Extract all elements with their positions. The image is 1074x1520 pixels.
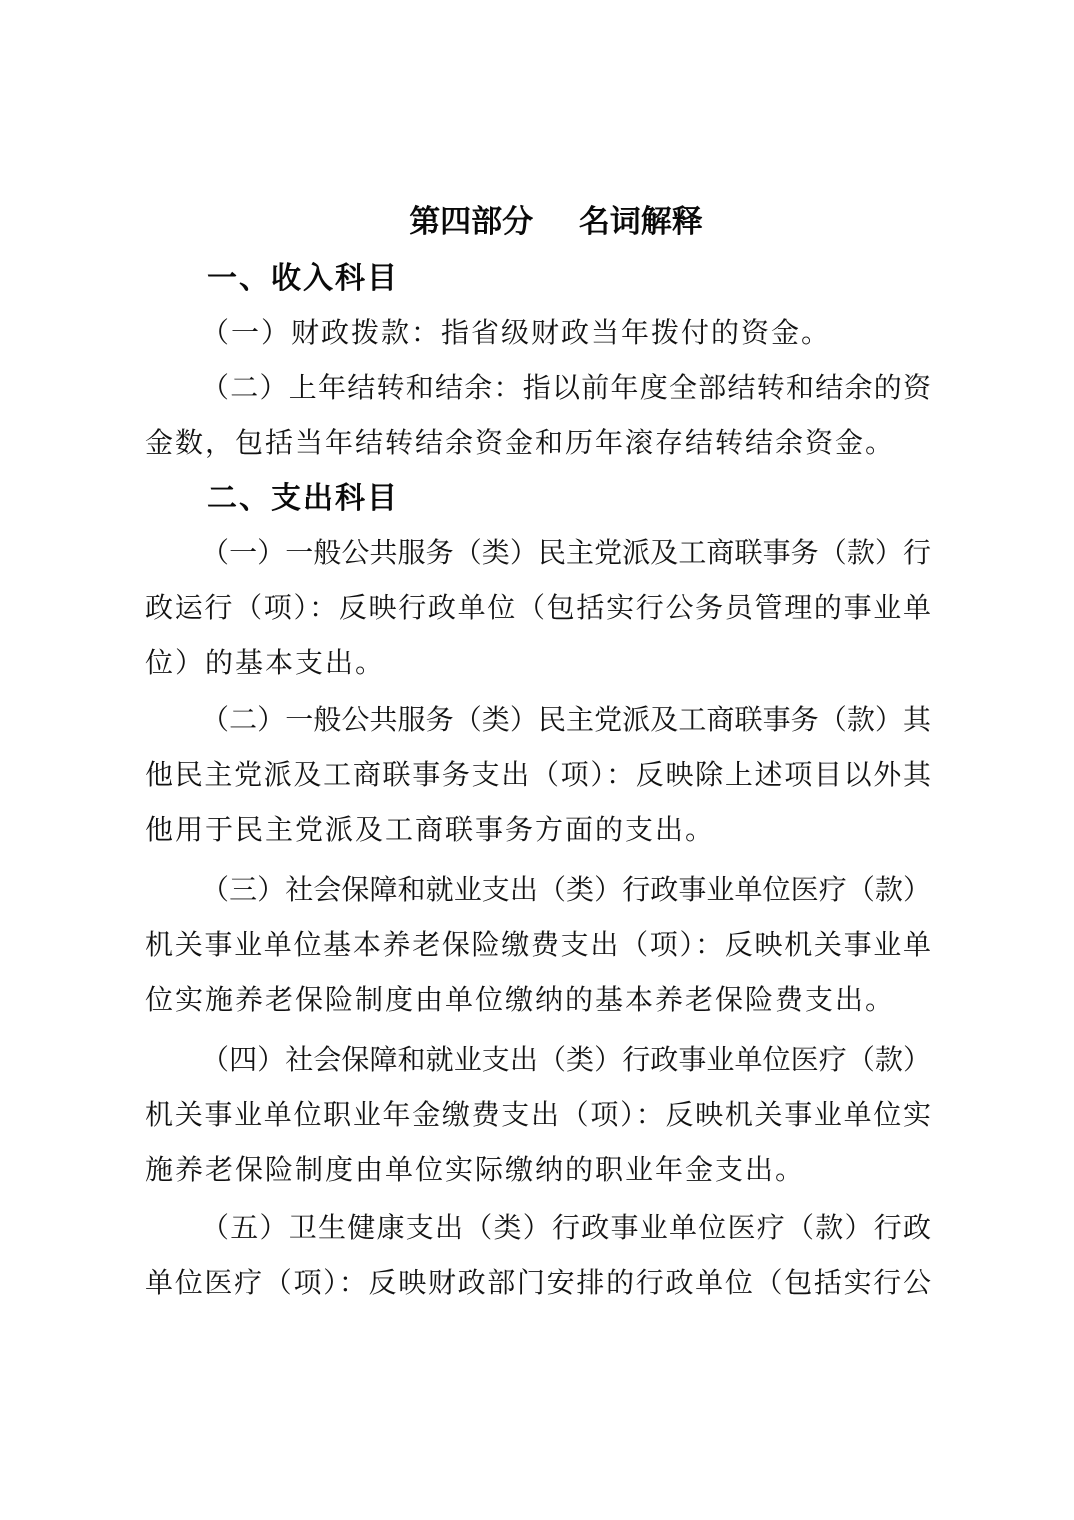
text-line: （三）社会保障和就业支出（类）行政事业单位医疗（款） [145, 863, 931, 918]
page-title: 第四部分 名词解释 [145, 200, 931, 244]
text-line: 施养老保险制度由单位实际缴纳的职业年金支出。 [145, 1143, 931, 1198]
text-line: （二）上年结转和结余：指以前年度全部结转和结余的资 [145, 361, 931, 416]
text-line: 他民主党派及工商联事务支出（项）：反映除上述项目以外其 [145, 748, 931, 803]
page-title-part-1: 第四部分 [409, 204, 533, 239]
text-line: （一）一般公共服务（类）民主党派及工商联事务（款）行 [145, 526, 931, 581]
text-line: 他用于民主党派及工商联事务方面的支出。 [145, 803, 931, 858]
paragraph-expenditure-3: （三）社会保障和就业支出（类）行政事业单位医疗（款） 机关事业单位基本养老保险缴… [145, 863, 931, 1028]
section-heading-expenditure: 二、支出科目 [145, 471, 931, 526]
paragraph-expenditure-4: （四）社会保障和就业支出（类）行政事业单位医疗（款） 机关事业单位职业年金缴费支… [145, 1033, 931, 1198]
paragraph-expenditure-1: （一）一般公共服务（类）民主党派及工商联事务（款）行 政运行（项）：反映行政单位… [145, 526, 931, 691]
text-line: 位）的基本支出。 [145, 636, 931, 691]
document-content: 第四部分 名词解释 一、收入科目 （一）财政拨款：指省级财政当年拨付的资金。 （… [145, 0, 931, 1311]
text-line: （四）社会保障和就业支出（类）行政事业单位医疗（款） [145, 1033, 931, 1088]
text-line: 金数，包括当年结转结余资金和历年滚存结转结余资金。 [145, 416, 931, 471]
paragraph-expenditure-2: （二）一般公共服务（类）民主党派及工商联事务（款）其 他民主党派及工商联事务支出… [145, 693, 931, 858]
document-page: 第四部分 名词解释 一、收入科目 （一）财政拨款：指省级财政当年拨付的资金。 （… [0, 0, 1074, 1520]
section-heading-income: 一、收入科目 [145, 251, 931, 306]
text-line: 机关事业单位基本养老保险缴费支出（项）：反映机关事业单 [145, 918, 931, 973]
text-line: （五）卫生健康支出（类）行政事业单位医疗（款）行政 [145, 1201, 931, 1256]
text-line: 单位医疗（项）：反映财政部门安排的行政单位（包括实行公 [145, 1256, 931, 1311]
page-title-part-2: 名词解释 [579, 204, 703, 239]
text-line: （一）财政拨款：指省级财政当年拨付的资金。 [145, 306, 931, 361]
paragraph-income-1: （一）财政拨款：指省级财政当年拨付的资金。 [145, 306, 931, 361]
text-line: （二）一般公共服务（类）民主党派及工商联事务（款）其 [145, 693, 931, 748]
paragraph-income-2: （二）上年结转和结余：指以前年度全部结转和结余的资 金数，包括当年结转结余资金和… [145, 361, 931, 471]
text-line: 位实施养老保险制度由单位缴纳的基本养老保险费支出。 [145, 973, 931, 1028]
text-line: 机关事业单位职业年金缴费支出（项）：反映机关事业单位实 [145, 1088, 931, 1143]
paragraph-expenditure-5: （五）卫生健康支出（类）行政事业单位医疗（款）行政 单位医疗（项）：反映财政部门… [145, 1201, 931, 1311]
text-line: 政运行（项）：反映行政单位（包括实行公务员管理的事业单 [145, 581, 931, 636]
